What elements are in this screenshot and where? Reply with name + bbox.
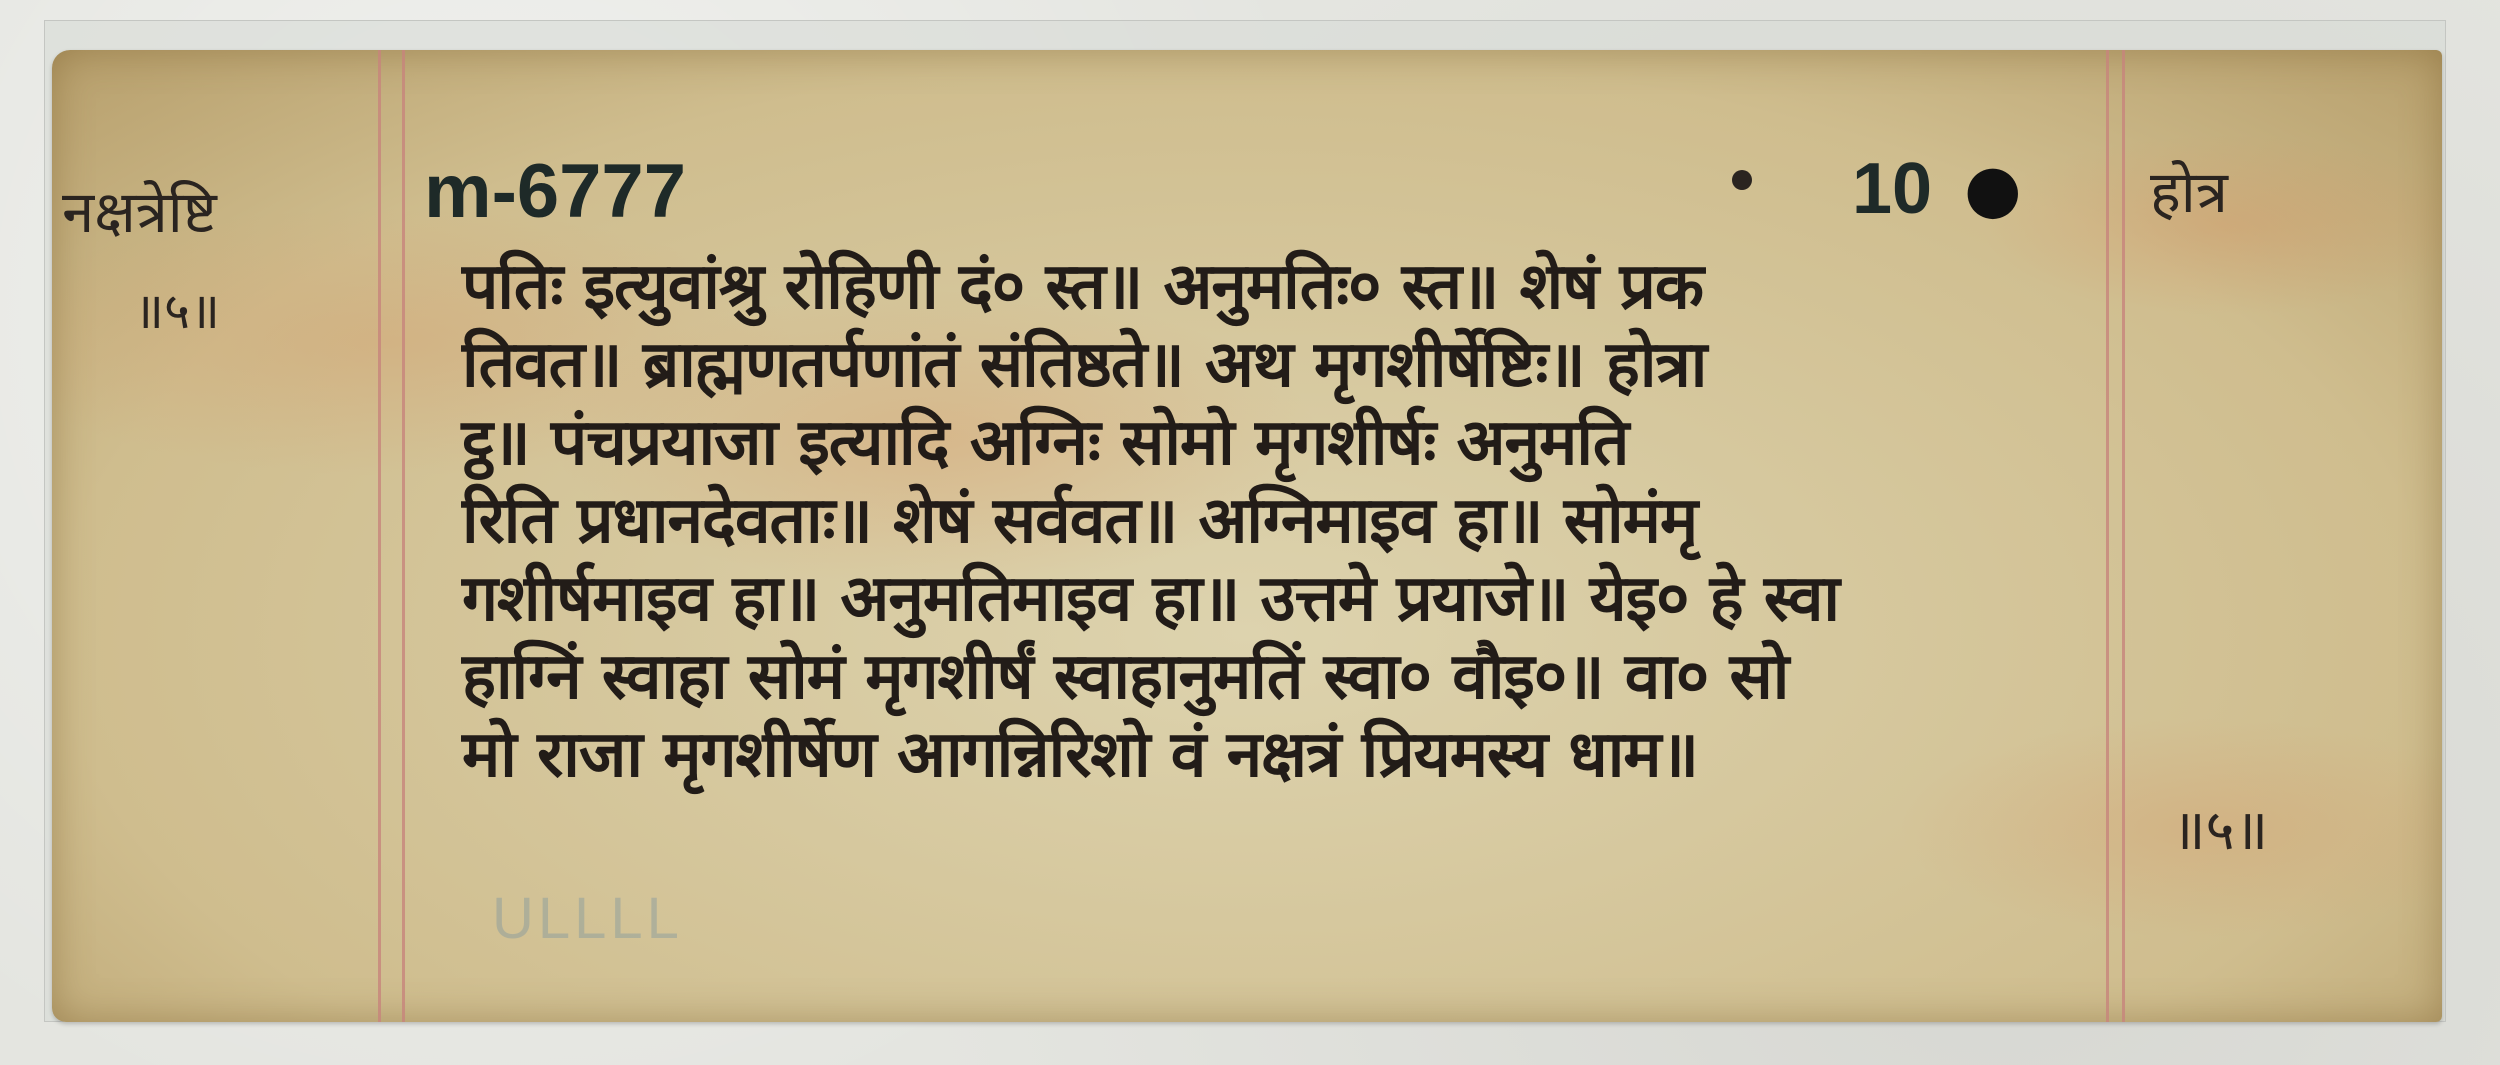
text-line-7: मो राजा मृगशीर्षेण आगन्निरिशो वं नक्षत्र…	[462, 708, 1698, 795]
text-line-1: पतिः इत्युवांश्रु रोहिणी दं० स्त॥ अनुमति…	[462, 240, 1703, 327]
ink-dot	[1732, 170, 1752, 190]
right-margin-title: होत्र	[2150, 150, 2228, 229]
left-margin-verse-mark: ॥५॥	[134, 275, 220, 343]
faded-stamp: ULLLL	[492, 885, 683, 952]
text-line-3: ट्ठ॥ पंचप्रयाजा इत्यादि अग्निः सोमो मृगश…	[462, 396, 1628, 483]
left-margin-title: नक्षत्रेष्टि	[62, 170, 217, 249]
manuscript-folio: नक्षत्रेष्टि ॥५॥ m-6777 10 ● होत्र ॥५॥ प…	[52, 50, 2442, 1022]
folio-number: 10	[1852, 148, 1932, 230]
right-margin-rule-inner	[2106, 50, 2109, 1022]
text-line-4: रिति प्रधानदेवताः॥ शेषं सर्ववत॥ अग्निमाइ…	[462, 474, 1697, 561]
text-line-2: तिवत॥ ब्राह्मणतर्पणांतं संतिष्ठते॥ अथ मृ…	[462, 318, 1706, 405]
left-margin-rule-inner	[402, 50, 405, 1022]
catalog-number: m-6777	[424, 148, 686, 235]
folio-number-blot: ●	[1964, 150, 2022, 227]
text-line-6: हाग्निं स्वाहा सोमं मृगशीर्षं स्वाहानुमत…	[462, 630, 1788, 717]
right-margin-rule-outer	[2122, 50, 2125, 1022]
text-line-5: गशीर्षमाइव हा॥ अनुमतिमाइव हा॥ उत्तमे प्र…	[462, 552, 1839, 639]
right-margin-verse-mark: ॥५॥	[2172, 790, 2268, 866]
left-margin-rule-outer	[378, 50, 381, 1022]
